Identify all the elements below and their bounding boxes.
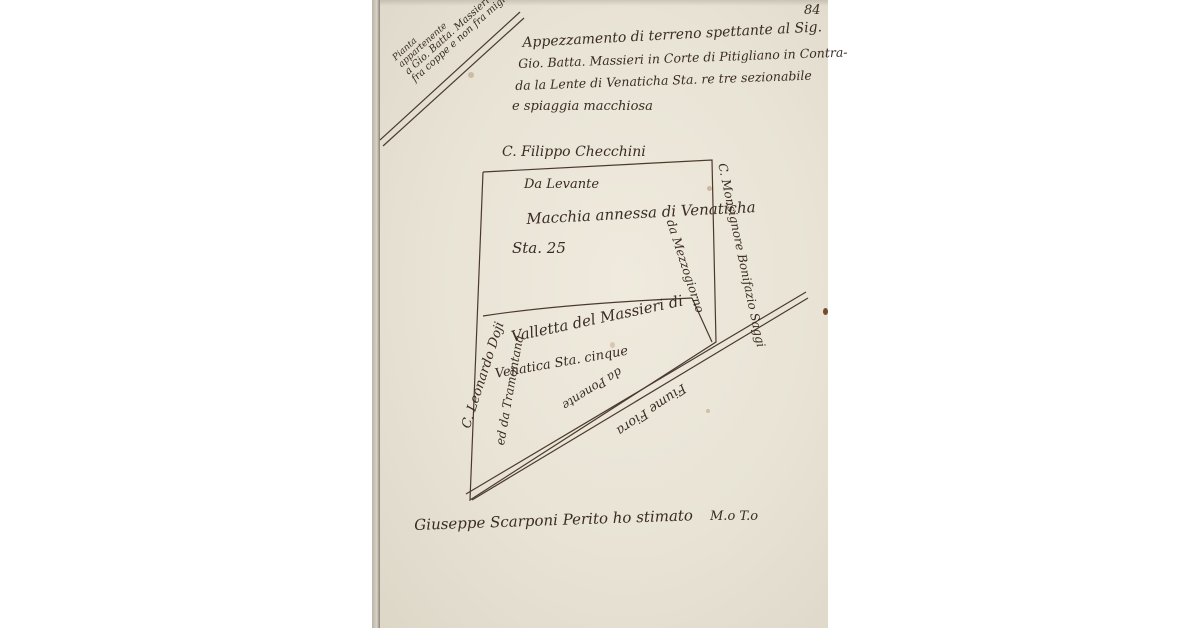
- upper-parcel-side-label: Da Levante: [524, 178, 599, 191]
- upper-parcel-area: Sta. 25: [512, 241, 566, 256]
- map-top-label: C. Filippo Checchini: [502, 145, 646, 159]
- page-number: 84: [804, 4, 821, 17]
- signature-mark: M.o T.o: [710, 510, 758, 523]
- heading-line-4: e spiaggia macchiosa: [512, 100, 653, 113]
